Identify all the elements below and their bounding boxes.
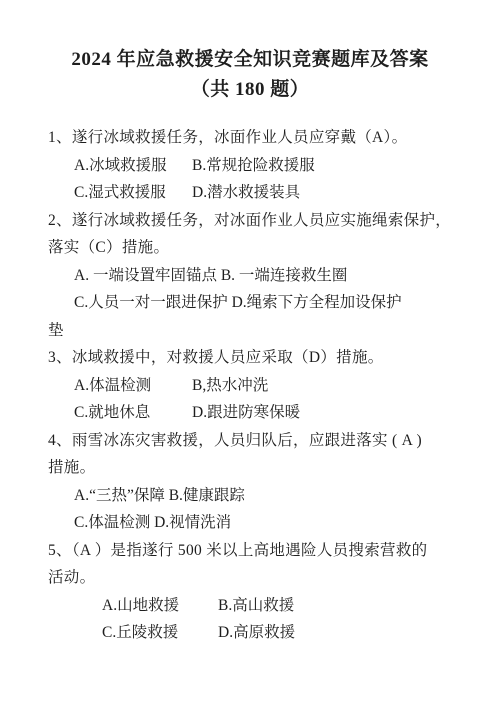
title-line-2: （共 180 题） (0, 75, 500, 105)
question-1-options-row-1: A.冰域救援服B.常规抢险救援服 (48, 152, 452, 180)
question-4-options-ab: A.“三热”保障 B.健康跟踪 (48, 482, 452, 510)
question-1-options-row-2: C.湿式救援服D.潜水救援装具 (48, 179, 452, 207)
question-2-options-ab: A. 一端设置牢固锚点 B. 一端连接救生圈 (48, 262, 452, 290)
question-1-option-a: A.冰域救援服 (74, 152, 192, 180)
question-2-stem-line-2: 落实（C）措施。 (48, 234, 452, 262)
question-5-options-row-1: A.山地救援B.高山救援 (48, 592, 452, 620)
question-5-stem-line-2: 活动。 (48, 564, 452, 592)
question-1-option-b: B.常规抢险救援服 (192, 157, 315, 174)
question-4-stem-line-2: 措施。 (48, 454, 452, 482)
question-2: 2、遂行冰域救援任务，对冰面作业人员应实施绳索保护， 落实（C）措施。 A. 一… (48, 207, 452, 345)
question-3-option-c: C.就地休息 (74, 399, 192, 427)
question-3-options-row-2: C.就地休息D.跟进防寒保暖 (48, 399, 452, 427)
question-5-option-a: A.山地救援 (102, 592, 218, 620)
question-5-stem-line-1: 5、（A ）是指遂行 500 米以上高地遇险人员搜索营救的 (48, 537, 452, 565)
title-line-1: 2024 年应急救援安全知识竞赛题库及答案 (0, 45, 500, 75)
question-2-option-d-overflow: 垫 (48, 317, 452, 345)
question-3: 3、冰域救援中，对救援人员应采取（D）措施。 A.体温检测B,热水冲洗 C.就地… (48, 344, 452, 427)
question-5-options-row-2: C.丘陵救援D.高原救援 (48, 619, 452, 647)
question-3-options-row-1: A.体温检测B,热水冲洗 (48, 372, 452, 400)
question-3-option-b: B,热水冲洗 (192, 377, 268, 394)
question-1-stem: 1、遂行冰域救援任务，冰面作业人员应穿戴（A）。 (48, 124, 452, 152)
question-2-options-cd: C.人员一对一跟进保护 D.绳索下方全程加设保护 (48, 289, 452, 317)
question-4-stem-line-1: 4、雨雪冰冻灾害救援，人员归队后，应跟进落实 ( A ) (48, 427, 452, 455)
question-3-stem: 3、冰域救援中，对救援人员应采取（D）措施。 (48, 344, 452, 372)
question-1-option-c: C.湿式救援服 (74, 179, 192, 207)
document-page: 2024 年应急救援安全知识竞赛题库及答案 （共 180 题） 1、遂行冰域救援… (0, 0, 500, 707)
question-2-stem-line-1: 2、遂行冰域救援任务，对冰面作业人员应实施绳索保护， (48, 207, 452, 235)
question-5: 5、（A ）是指遂行 500 米以上高地遇险人员搜索营救的 活动。 A.山地救援… (48, 537, 452, 647)
question-3-option-d: D.跟进防寒保暖 (192, 404, 300, 421)
question-5-option-b: B.高山救援 (218, 597, 294, 614)
question-1-option-d: D.潜水救援装具 (192, 184, 300, 201)
question-3-option-a: A.体温检测 (74, 372, 192, 400)
question-list: 1、遂行冰域救援任务，冰面作业人员应穿戴（A）。 A.冰域救援服B.常规抢险救援… (0, 124, 500, 647)
question-4: 4、雨雪冰冻灾害救援，人员归队后，应跟进落实 ( A ) 措施。 A.“三热”保… (48, 427, 452, 537)
question-5-option-d: D.高原救援 (218, 624, 295, 641)
document-title: 2024 年应急救援安全知识竞赛题库及答案 （共 180 题） (0, 0, 500, 105)
question-4-options-cd: C.体温检测 D.视情洗消 (48, 509, 452, 537)
question-1: 1、遂行冰域救援任务，冰面作业人员应穿戴（A）。 A.冰域救援服B.常规抢险救援… (48, 124, 452, 207)
question-5-option-c: C.丘陵救援 (102, 619, 218, 647)
